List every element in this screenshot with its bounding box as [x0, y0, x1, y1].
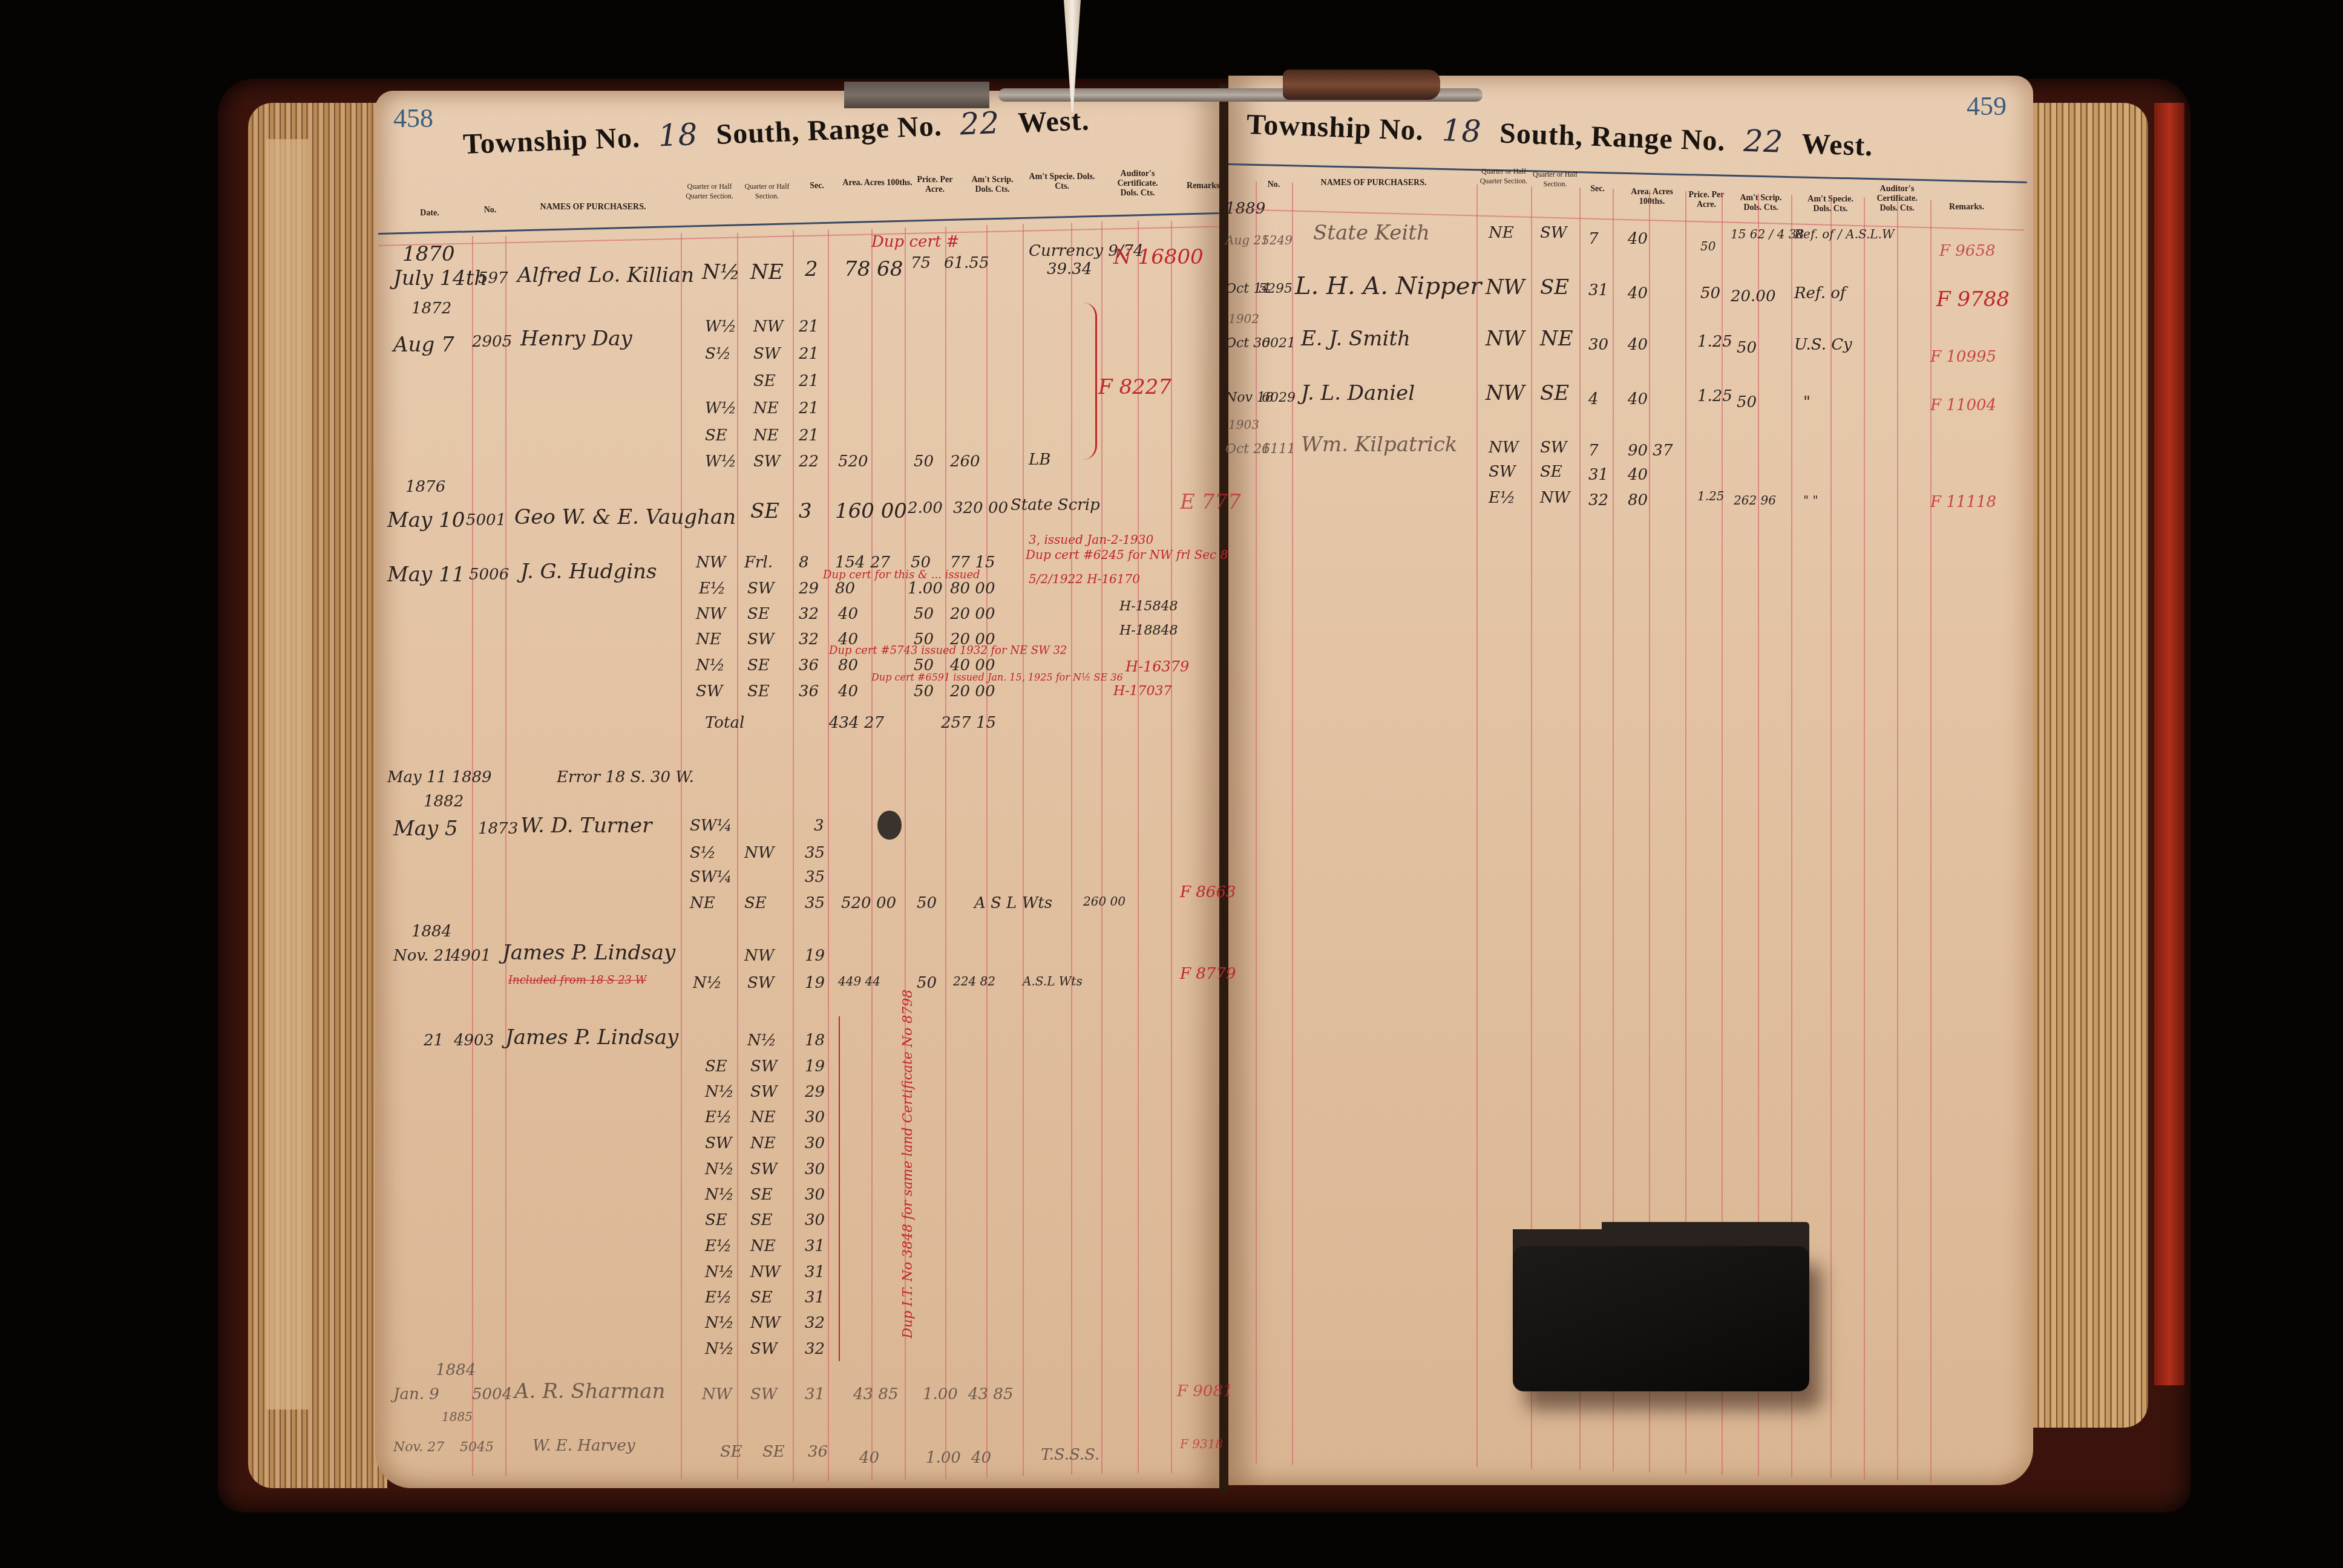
line-quarter: W½ — [705, 399, 736, 417]
rule — [1292, 183, 1293, 1465]
entry-sec: 4 — [1588, 390, 1599, 408]
entry-half: NE — [750, 260, 784, 284]
red-brace — [1083, 302, 1097, 460]
line-half: SE — [1540, 463, 1562, 481]
line-certificate: 260 00 — [1083, 894, 1126, 909]
red-note: Dup cert #5743 issued 1932 for NE SW 32 — [829, 644, 1067, 657]
entry-remark: F 8227 — [1098, 375, 1171, 399]
entry-scrip: 20.00 — [1731, 287, 1775, 305]
line-total-acres: 434 27 — [829, 714, 884, 732]
line-half: NW — [1540, 489, 1570, 507]
entry-date: Aug 7 — [393, 333, 454, 357]
red-note: Dup cert #6245 for NW frl Sec 8 — [1026, 547, 1228, 562]
line-sec: 35 — [805, 868, 825, 886]
entry-date: Jan. 9 — [393, 1385, 439, 1403]
line-quarter: SW — [1489, 463, 1516, 481]
entry-name: J. G. Hudgins — [520, 560, 657, 584]
line-price: 50 — [914, 605, 934, 623]
black-note: H-18848 — [1119, 623, 1178, 638]
entry-name: W. E. Harvey — [532, 1437, 635, 1455]
entry-scrip: 40 — [971, 1449, 991, 1467]
line-specie: LB — [1029, 451, 1050, 469]
entry-no: 5045 — [460, 1440, 494, 1455]
line-sec: 8 — [799, 554, 809, 572]
entry-sec: 3 — [799, 499, 812, 523]
entry-date: Nov. 21 — [393, 947, 454, 965]
line-quarter: N½ — [705, 1160, 734, 1178]
rule — [1864, 197, 1865, 1480]
line-half: NW — [753, 318, 783, 336]
line-acres: 90 37 — [1628, 442, 1673, 460]
line-specie: " " — [1803, 493, 1818, 508]
entry-name: James P. Lindsay — [505, 1025, 678, 1050]
entry-remark: F 11118 — [1930, 493, 1996, 511]
rule — [1101, 221, 1103, 1474]
entry-name: L. H. A. Nipper — [1295, 272, 1481, 300]
entry-year: 1902 — [1228, 312, 1259, 326]
rule — [986, 225, 988, 1477]
rule — [1256, 181, 1257, 1464]
line-sec: 31 — [805, 1263, 825, 1281]
line-quarter: N½ — [705, 1083, 734, 1101]
entry-no: 597 — [478, 269, 508, 287]
entry-acres: 43 85 — [853, 1385, 898, 1403]
entry-half: SE — [750, 499, 779, 523]
line-price: 50 — [914, 682, 934, 701]
red-note: 3, issued Jan-2-1930 — [1029, 532, 1153, 547]
rule — [1071, 223, 1072, 1475]
entry-no: 6111 — [1262, 442, 1296, 457]
entry-certificate: N 16800 — [1113, 245, 1204, 269]
entry-remark: E 777 — [1180, 490, 1241, 514]
line-sec: 18 — [805, 1031, 825, 1050]
line-sec: 31 — [805, 1237, 825, 1255]
entry-name: Error 18 S. 30 W. — [557, 768, 694, 786]
line-specie: A S L Wts — [974, 894, 1052, 912]
line-half: SE — [747, 656, 770, 675]
line-half: SE — [750, 1289, 773, 1307]
rule — [1171, 221, 1172, 1473]
line-sec: 21 — [799, 345, 819, 363]
line-quarter: S½ — [690, 844, 716, 862]
line-half: SW — [753, 452, 781, 471]
book-cover-edge — [2154, 103, 2184, 1385]
entry-name: Geo W. & E. Vaughan — [514, 505, 736, 529]
line-acres: 520 — [838, 452, 868, 471]
line-scrip: 20 00 — [950, 605, 995, 623]
line-quarter: N½ — [705, 1263, 734, 1281]
entry-sec: 7 — [1588, 230, 1599, 248]
entry-half: NE — [1540, 327, 1573, 351]
line-acres: 449 44 — [838, 974, 880, 988]
line-half: SE — [744, 894, 767, 912]
line-sec: 35 — [805, 894, 825, 912]
entry-remark: F 9788 — [1936, 287, 2010, 312]
col-scrip: Am't Scrip. Dols. Cts. — [1731, 194, 1791, 213]
line-half: NE — [750, 1108, 776, 1126]
entry-acres: 40 — [1628, 336, 1648, 354]
line-acres: 40 — [838, 682, 858, 701]
line-sec: 21 — [799, 426, 819, 445]
col-sec: Sec. — [1585, 185, 1610, 194]
entry-quarter: N½ — [702, 260, 740, 284]
line-sec: 35 — [805, 844, 825, 862]
line-sec: 32 — [805, 1340, 825, 1358]
right-page-number: 459 — [1967, 91, 2007, 122]
red-note: Included from 18 S 23 W — [508, 974, 646, 987]
red-note: Dup cert #6591 issued Jan. 15, 1925 for … — [871, 671, 1123, 683]
range-value: 22 — [959, 105, 1000, 142]
line-half: SW — [753, 345, 781, 363]
entry-half: SE — [762, 1443, 785, 1461]
line-sec: 29 — [805, 1083, 825, 1101]
line-half: SE — [750, 1211, 773, 1229]
entry-name: State Keith — [1313, 221, 1430, 245]
entry-remark: F 8663 — [1180, 883, 1236, 901]
left-page — [375, 91, 1222, 1488]
line-sec: 31 — [1588, 466, 1608, 484]
line-quarter: N½ — [705, 1314, 734, 1332]
line-half: SE — [747, 682, 770, 701]
col-half: Quarter or Half Section. — [741, 181, 793, 201]
line-price: 50 — [917, 894, 937, 912]
entry-no: 5001 — [466, 511, 506, 529]
entry-year: 1876 — [405, 478, 445, 496]
line-acres: 40 — [838, 605, 858, 623]
entry-specie: " — [1803, 393, 1810, 411]
entry-date: Nov. 27 — [393, 1440, 444, 1455]
col-area: Area. Acres 100ths. — [1619, 188, 1685, 207]
line-sec: 21 — [799, 372, 819, 390]
line-quarter: SW¼ — [690, 868, 732, 886]
line-half: NW — [750, 1263, 780, 1281]
line-sec: 32 — [1588, 491, 1608, 509]
spatula-handle — [1283, 70, 1440, 100]
entry-quarter: SE — [720, 1443, 742, 1461]
entry-sec: 31 — [805, 1385, 825, 1403]
line-quarter: N½ — [693, 974, 722, 992]
entry-year: 1872 — [411, 299, 451, 318]
entry-year: 1884 — [411, 923, 451, 941]
col-price: Price. Per Acre. — [1688, 191, 1725, 210]
line-sec: 21 — [799, 318, 819, 336]
black-note: H-15848 — [1119, 599, 1178, 614]
entry-no: 5249 — [1262, 233, 1293, 247]
entry-name: James P. Lindsay — [502, 941, 675, 965]
entry-year: 1882 — [424, 792, 464, 811]
entry-price: 50 — [1700, 239, 1715, 253]
entry-sec: 31 — [1588, 281, 1608, 299]
line-half: SW — [750, 1083, 778, 1101]
line-half: NE — [750, 1134, 776, 1152]
col-no: No. — [478, 206, 502, 215]
entry-acres: 78 68 — [844, 257, 903, 281]
township-label: Township No. — [1246, 108, 1424, 146]
line-acres: 80 — [835, 580, 855, 598]
line-quarter: NW — [1489, 439, 1518, 457]
entry-price: 1.00 — [926, 1449, 961, 1467]
line-sec: 36 — [799, 682, 819, 701]
line-sec: 36 — [799, 656, 819, 675]
rule — [1023, 224, 1024, 1476]
entry-quarter: NE — [1489, 224, 1514, 242]
line-half: SE — [753, 372, 776, 390]
col-names: NAMES OF PURCHASERS. — [514, 203, 672, 212]
entry-date: May 11 1889 — [387, 768, 492, 786]
entry-price: 50 — [1700, 284, 1720, 302]
rule — [945, 227, 946, 1479]
rule — [871, 229, 873, 1481]
col-scrip: Am't Scrip. Dols. Cts. — [962, 175, 1023, 195]
col-half: Quarter or Half Section. — [1531, 169, 1579, 189]
red-brace — [829, 1016, 840, 1361]
entry-date: May 5 — [393, 817, 458, 841]
entry-acres: 40 — [1628, 284, 1648, 302]
line-quarter: NE — [690, 894, 715, 912]
line-quarter: SE — [705, 426, 727, 445]
line-sec: 19 — [805, 1057, 825, 1076]
col-no: No. — [1265, 180, 1283, 190]
line-half: SW — [747, 630, 775, 648]
left-page-number: 458 — [393, 103, 433, 134]
rule — [505, 236, 506, 1476]
entry-name: J. L. Daniel — [1301, 381, 1415, 405]
entry-sec: 36 — [808, 1443, 828, 1461]
entry-name: A. R. Sharman — [514, 1379, 666, 1403]
entry-date: July 14th — [393, 266, 487, 290]
line-acres: 40 — [1628, 466, 1648, 484]
line-half: SW — [750, 1160, 778, 1178]
line-total-label: Total — [705, 714, 744, 732]
entry-specie: Ref. of — [1794, 284, 1846, 302]
entry-red-note: Dup cert # — [871, 233, 959, 251]
line-sec: 32 — [799, 605, 819, 623]
col-specie: Am't Specie. Dols. Cts. — [1029, 172, 1095, 192]
line-sec: 30 — [805, 1211, 825, 1229]
entry-specie: Ref. of / A.S.L.W — [1794, 227, 1895, 241]
line-price: 1.25 — [1697, 489, 1725, 503]
line-quarter: NW — [696, 554, 726, 572]
range-value: 22 — [1743, 123, 1784, 160]
line-half: NE — [753, 399, 779, 417]
line-half: SE — [747, 605, 770, 623]
entry-quarter: NW — [1486, 327, 1525, 351]
entry-year: 1870 — [402, 242, 455, 266]
line-price: 50 — [917, 974, 937, 992]
book-weight-body — [1513, 1246, 1809, 1391]
col-remarks: Remarks. — [1942, 203, 1991, 212]
entry-no: 4901 — [451, 947, 491, 965]
line-half: NE — [753, 426, 779, 445]
entry-remark: F 10995 — [1930, 348, 1996, 366]
entry-scrip: 61.55 — [944, 254, 989, 272]
entry-sec: 30 — [1588, 336, 1608, 354]
entry-no: 6029 — [1262, 390, 1296, 405]
township-value: 18 — [658, 117, 699, 153]
line-quarter: NW — [696, 605, 726, 623]
entry-year: 1885 — [442, 1410, 473, 1424]
line-quarter: SE — [705, 1057, 727, 1076]
punch-hole — [877, 811, 902, 840]
col-area: Area. Acres 100ths. — [838, 178, 917, 188]
entry-acres: 40 — [1628, 230, 1648, 248]
entry-specie: T.S.S.S. — [1041, 1446, 1099, 1464]
entry-scrip: 50 — [1737, 393, 1757, 411]
entry-remark: F 9081 — [1177, 1382, 1233, 1400]
line-sec: 19 — [805, 947, 825, 965]
line-sec: 32 — [805, 1314, 825, 1332]
line-quarter: E½ — [705, 1237, 732, 1255]
line-price: 50 — [914, 452, 934, 471]
rule — [1138, 221, 1139, 1473]
line-sec: 21 — [799, 399, 819, 417]
west-label: West. — [1017, 104, 1090, 139]
entry-year: 1889 — [1225, 200, 1265, 218]
entry-name: Wm. Kilpatrick — [1301, 433, 1457, 457]
line-quarter: SW — [696, 682, 723, 701]
entry-year: 1903 — [1228, 417, 1259, 432]
entry-quarter: NW — [1486, 381, 1525, 405]
line-half: NW — [744, 947, 774, 965]
entry-no: 4903 — [454, 1031, 494, 1050]
entry-price: 75 — [911, 254, 931, 272]
line-half: SW — [1540, 439, 1567, 457]
line-sec: 32 — [799, 630, 819, 648]
entry-no: 2905 — [472, 333, 512, 351]
line-half: Frl. — [744, 554, 773, 572]
line-acres: 80 — [838, 656, 858, 675]
red-vertical-note: Dup I.T. No 3848 for same land Certifica… — [900, 1024, 916, 1339]
line-quarter: N½ — [696, 656, 725, 675]
col-date: Date. — [411, 209, 448, 218]
rule — [1830, 196, 1832, 1478]
line-quarter: SW — [705, 1134, 732, 1152]
entry-remark: F 9318 — [1180, 1437, 1223, 1451]
entry-half: SW — [750, 1385, 778, 1403]
col-quarter: Quarter or Half Quarter Section. — [1480, 166, 1528, 186]
entry-no: 1873 — [478, 820, 518, 838]
line-quarter: N½ — [705, 1186, 734, 1204]
entry-date: May 10 — [387, 508, 465, 532]
line-half: NE — [750, 1237, 776, 1255]
entry-acres: 160 00 — [835, 499, 907, 523]
entry-price: 2.00 — [908, 499, 943, 517]
entry-half: SE — [1540, 275, 1569, 299]
line-total-scrip: 257 15 — [941, 714, 996, 732]
line-scrip: 260 — [950, 452, 980, 471]
line-half: SW — [747, 580, 775, 598]
red-cert: H-16379 — [1126, 658, 1189, 675]
line-scrip: 224 82 — [953, 974, 995, 988]
township-value: 18 — [1441, 113, 1483, 149]
entry-name: W. D. Turner — [520, 814, 652, 838]
line-quarter: W½ — [705, 452, 736, 471]
line-half: SW — [747, 974, 775, 992]
line-sec: 29 — [799, 580, 819, 598]
entry-price: 1.25 — [1697, 387, 1732, 405]
line-sec: 31 — [805, 1289, 825, 1307]
west-label: West. — [1801, 128, 1873, 162]
line-quarter: SW¼ — [690, 817, 732, 835]
entry-name: Henry Day — [520, 327, 632, 351]
entry-specie: 39.34 — [1047, 260, 1092, 278]
line-half: SW — [750, 1340, 778, 1358]
entry-name: Alfred Lo. Killian — [517, 263, 694, 287]
spatula-blade — [844, 82, 989, 108]
line-quarter: S½ — [705, 345, 731, 363]
col-price: Price. Per Acre. — [914, 175, 956, 195]
line-sec: 30 — [805, 1186, 825, 1204]
line-price: 1.00 — [908, 580, 943, 598]
left-page-stack-tab — [266, 139, 309, 1410]
line-half: N½ — [747, 1031, 776, 1050]
line-sec: 30 — [805, 1134, 825, 1152]
entry-no: 5295 — [1259, 281, 1293, 296]
col-remarks: Remarks. — [1186, 181, 1222, 191]
line-sec: 30 — [805, 1108, 825, 1126]
entry-remark: F 8779 — [1180, 965, 1236, 983]
line-quarter: W½ — [705, 318, 736, 336]
line-sec: 30 — [805, 1160, 825, 1178]
entry-acres: 40 — [859, 1449, 879, 1467]
book-weight — [1513, 1222, 1815, 1403]
line-acres: 520 00 — [841, 894, 896, 912]
entry-no: 5006 — [469, 566, 509, 584]
entry-half: SW — [1540, 224, 1567, 242]
col-sec: Sec. — [802, 181, 832, 191]
entry-acres: 40 — [1628, 390, 1648, 408]
rule — [793, 230, 794, 1482]
col-certificate: Auditor's Certificate. Dols. Cts. — [1107, 169, 1168, 198]
entry-half: SE — [1540, 381, 1569, 405]
entry-scrip: 43 85 — [968, 1385, 1013, 1403]
entry-price: 1.25 — [1697, 333, 1732, 351]
entry-remark: F 11004 — [1930, 396, 1996, 414]
entry-date: 21 — [424, 1031, 444, 1050]
entry-scrip: 320 00 — [953, 499, 1008, 517]
red-note: 5/2/1922 H-16170 — [1029, 572, 1140, 586]
line-sec: 7 — [1588, 442, 1599, 460]
col-names: NAMES OF PURCHASERS. — [1301, 178, 1446, 188]
line-specie: A.S.L Wts — [1023, 974, 1083, 988]
township-label: Township No. — [462, 122, 641, 160]
line-sec: 19 — [805, 974, 825, 992]
entry-sec: 2 — [805, 257, 818, 281]
entry-quarter: NW — [702, 1385, 732, 1403]
rule — [737, 233, 738, 1479]
line-scrip: 20 00 — [950, 682, 995, 701]
rule — [1930, 200, 1932, 1482]
entry-scrip: 50 — [1737, 339, 1757, 357]
line-half: NW — [750, 1314, 780, 1332]
line-quarter: E½ — [1489, 489, 1515, 507]
rule — [472, 236, 473, 1476]
entry-remark: F 9658 — [1939, 242, 1995, 260]
line-quarter: E½ — [705, 1108, 732, 1126]
red-cert: H-17037 — [1113, 684, 1172, 699]
entry-scrip: 15 62 / 4 38 — [1731, 227, 1804, 241]
entry-no: 6021 — [1262, 336, 1296, 351]
line-quarter: E½ — [699, 580, 726, 598]
col-quarter: Quarter or Half Quarter Section. — [684, 181, 735, 201]
line-sec: 22 — [799, 452, 819, 471]
entry-no: 5004 — [472, 1385, 512, 1403]
line-sec: 3 — [814, 817, 824, 835]
entry-specie: State Scrip — [1011, 496, 1100, 514]
entry-date: May 11 — [387, 563, 465, 587]
line-acres: 80 — [1628, 491, 1648, 509]
red-note: Dup cert for this & ... issued — [823, 569, 980, 581]
